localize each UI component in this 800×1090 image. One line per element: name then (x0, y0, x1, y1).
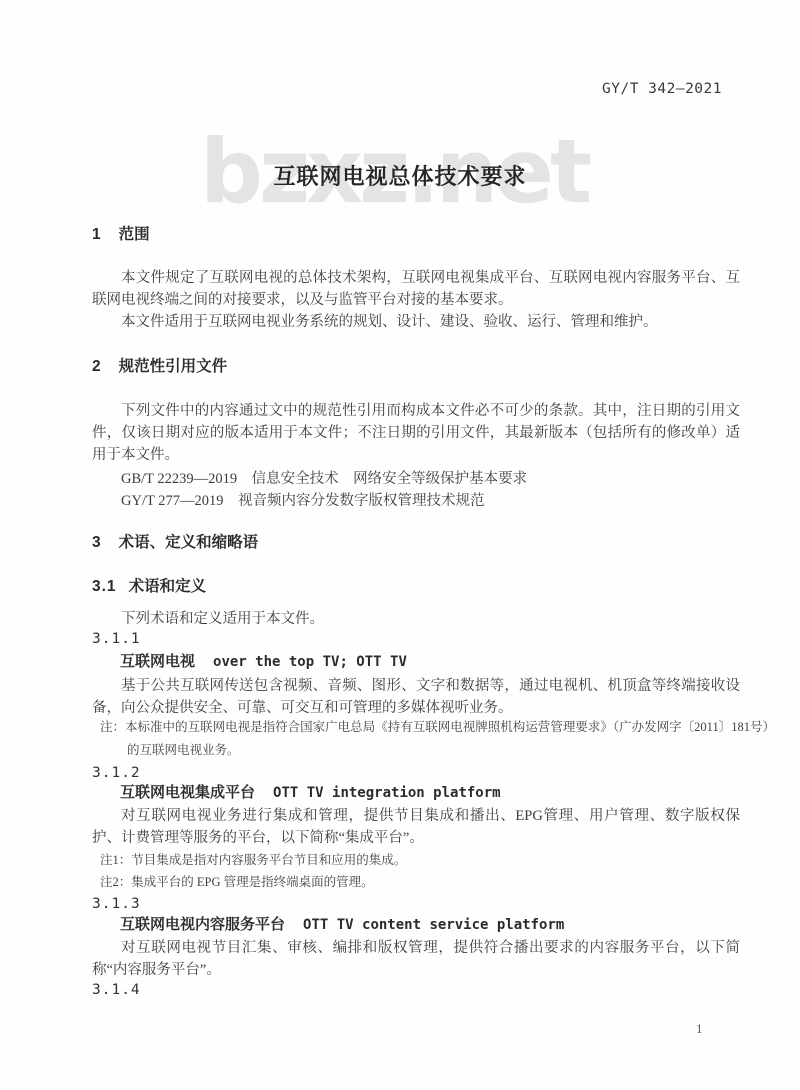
terms-intro: 下列术语和定义适用于本文件。 (92, 608, 740, 630)
section-title: 范围 (119, 226, 150, 243)
paragraph: 本文件规定了互联网电视的总体技术架构，互联网电视集成平台、互联网电视内容服务平台… (92, 267, 740, 311)
section-3-heading: 3术语、定义和缩略语 (92, 533, 740, 553)
paragraph: 下列术语和定义适用于本文件。 (92, 608, 740, 630)
term-entry-3-1-2: 互联网电视集成平台OTT TV integration platform (120, 783, 768, 803)
section-number: 3 (92, 534, 101, 551)
note-1-3-1-2: 注1：节目集成是指对内容服务平台节目和应用的集成。 (100, 849, 775, 872)
normative-references: GB/T 22239—2019 信息安全技术 网络安全等级保护基本要求 GY/T… (92, 468, 740, 512)
definition-3-1-1: 基于公共互联网传送包含视频、音频、图形、文字和数据等，通过电视机、机顶盒等终端接… (92, 675, 740, 719)
note-text: 本标准中的互联网电视是指符合国家广电总局《持有互联网电视牌照机构运营管理要求》（… (125, 720, 775, 757)
section-title: 规范性引用文件 (119, 358, 228, 375)
document-title: 互联网电视总体技术要求 (0, 160, 800, 191)
standard-number: GY/T 342—2021 (602, 81, 722, 97)
clause-number-3-1-1: 3.1.1 (92, 629, 740, 649)
reference-item: GY/T 277—2019 视音频内容分发数字版权管理技术规范 (92, 490, 740, 512)
paragraph: 对互联网电视业务进行集成和管理，提供节目集成和播出、EPG管理、用户管理、数字版… (92, 805, 740, 849)
clause-number-3-1-4: 3.1.4 (92, 980, 740, 1000)
term-entry-3-1-3: 互联网电视内容服务平台OTT TV content service platfo… (120, 915, 768, 935)
section-1-heading: 1范围 (92, 225, 740, 245)
section-2-heading: 2规范性引用文件 (92, 357, 740, 377)
term-english: OTT TV integration platform (273, 785, 501, 801)
section-title: 术语、定义和缩略语 (119, 534, 259, 551)
note-label: 注2： (100, 875, 131, 889)
term-english: over the top TV; OTT TV (213, 654, 407, 670)
term-english: OTT TV content service platform (303, 917, 564, 933)
note-label: 注： (100, 720, 125, 734)
paragraph: 本文件适用于互联网电视业务系统的规划、设计、建设、验收、运行、管理和维护。 (92, 311, 740, 333)
section-1-body: 本文件规定了互联网电视的总体技术架构，互联网电视集成平台、互联网电视内容服务平台… (92, 267, 740, 333)
note-label: 注1： (100, 853, 131, 867)
definition-3-1-3: 对互联网电视节目汇集、审核、编排和版权管理，提供符合播出要求的内容服务平台，以下… (92, 937, 740, 981)
document-page: GY/T 342—2021 bzxz.net 互联网电视总体技术要求 1范围 本… (0, 0, 800, 1090)
section-number: 3.1 (92, 578, 117, 595)
note-text: 集成平台的 EPG 管理是指终端桌面的管理。 (131, 875, 373, 889)
section-title: 术语和定义 (129, 578, 207, 595)
paragraph: 对互联网电视节目汇集、审核、编排和版权管理，提供符合播出要求的内容服务平台，以下… (92, 937, 740, 981)
term-chinese: 互联网电视集成平台 (120, 784, 255, 801)
page-number: 1 (696, 1021, 703, 1037)
section-number: 2 (92, 358, 101, 375)
section-2-body: 下列文件中的内容通过文中的规范性引用而构成本文件必不可少的条款。其中，注日期的引… (92, 400, 740, 466)
note-text: 节目集成是指对内容服务平台节目和应用的集成。 (131, 853, 406, 867)
reference-item: GB/T 22239—2019 信息安全技术 网络安全等级保护基本要求 (92, 468, 740, 490)
clause-number-3-1-3: 3.1.3 (92, 894, 740, 914)
definition-3-1-2: 对互联网电视业务进行集成和管理，提供节目集成和播出、EPG管理、用户管理、数字版… (92, 805, 740, 849)
clause-number-3-1-2: 3.1.2 (92, 763, 740, 783)
section-3-1-heading: 3.1术语和定义 (92, 577, 740, 597)
note-2-3-1-2: 注2：集成平台的 EPG 管理是指终端桌面的管理。 (100, 871, 775, 894)
paragraph: 基于公共互联网传送包含视频、音频、图形、文字和数据等，通过电视机、机顶盒等终端接… (92, 675, 740, 719)
term-chinese: 互联网电视 (120, 653, 195, 670)
term-entry-3-1-1: 互联网电视over the top TV; OTT TV (120, 652, 768, 672)
term-chinese: 互联网电视内容服务平台 (120, 916, 285, 933)
paragraph: 下列文件中的内容通过文中的规范性引用而构成本文件必不可少的条款。其中，注日期的引… (92, 400, 740, 466)
note-3-1-1: 注：本标准中的互联网电视是指符合国家广电总局《持有互联网电视牌照机构运营管理要求… (100, 716, 775, 762)
section-number: 1 (92, 226, 101, 243)
